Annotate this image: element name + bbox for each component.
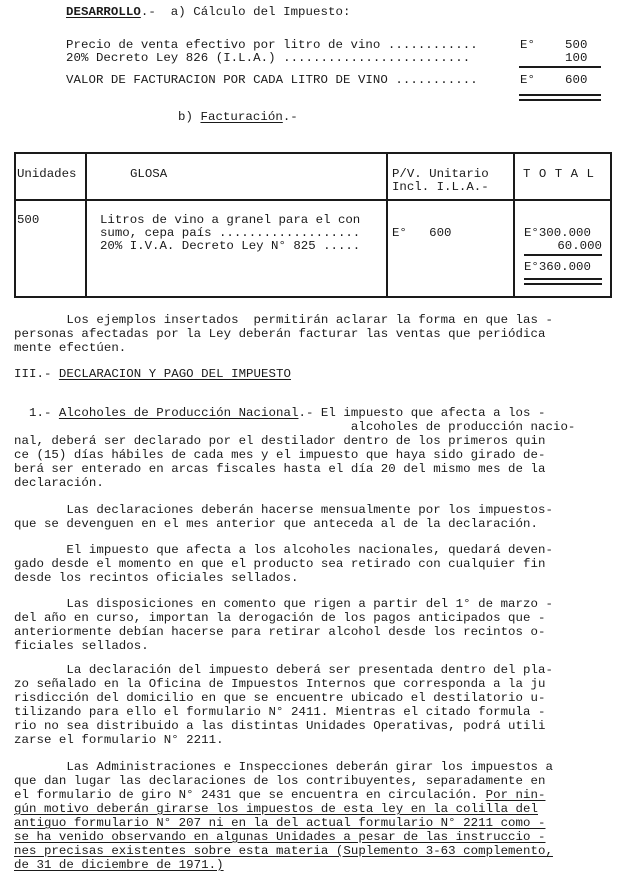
table-subtotal-rule bbox=[524, 254, 602, 256]
disposiciones-line-4: ficiales sellados. bbox=[14, 639, 149, 653]
impuesto-line-3: desde los recintos oficiales sellados. bbox=[14, 571, 298, 585]
desarrollo-heading: DESARROLLO.- a) Cálculo del Impuesto: bbox=[66, 5, 350, 19]
subtotal-rule bbox=[519, 66, 601, 68]
header-unidades: Unidades bbox=[17, 167, 77, 181]
impuesto-line-2: gado desde el momento en que el producto… bbox=[14, 557, 545, 571]
row-unidades: 500 bbox=[17, 213, 39, 227]
administraciones-line-2: que dan lugar las declaraciones de los c… bbox=[14, 774, 545, 788]
administraciones-underlined-5: de 31 de diciembre de 1971.) bbox=[14, 858, 224, 872]
header-total: T O T A L bbox=[523, 167, 594, 181]
row-glosa-line1: Litros de vino a granel para el con bbox=[100, 213, 360, 227]
ejemplos-line-1: Los ejemplos insertados permitirán aclar… bbox=[14, 313, 553, 327]
header-glosa: GLOSA bbox=[130, 167, 167, 181]
section-iii-title: DECLARACION Y PAGO DEL IMPUESTO bbox=[59, 367, 291, 381]
row-glosa-line3: 20% I.V.A. Decreto Ley N° 825 ..... bbox=[100, 239, 360, 253]
administraciones-underlined-start: Por nin- bbox=[486, 788, 546, 802]
administraciones-underlined-1: gún motivo deberán girarse los impuestos… bbox=[14, 802, 538, 816]
alcoholes-line-5: declaración. bbox=[14, 476, 104, 490]
ejemplos-line-2: personas afectadas por la Ley deberán fa… bbox=[14, 327, 545, 341]
alcoholes-title: Alcoholes de Producción Nacional bbox=[59, 406, 299, 420]
col-divider-3 bbox=[513, 154, 515, 296]
row-total-1: E°300.000 bbox=[524, 226, 591, 240]
declaracion-line-3: risdicción del domicilio en que se encue… bbox=[14, 691, 545, 705]
total-double-rule-bottom bbox=[519, 99, 601, 101]
administraciones-underlined-3: se ha venido observando en algunas Unida… bbox=[14, 830, 545, 844]
ejemplos-line-3: mente efectúen. bbox=[14, 341, 126, 355]
row-pv: E° 600 bbox=[392, 226, 452, 240]
disposiciones-line-3: anteriormente debían hacerse para retira… bbox=[14, 625, 545, 639]
header-divider bbox=[16, 199, 610, 201]
impuesto-line-1: El impuesto que afecta a los alcoholes n… bbox=[14, 543, 553, 557]
table-total-rule-bottom bbox=[524, 283, 602, 285]
declaracion-line-1: La declaración del impuesto deberá ser p… bbox=[14, 663, 553, 677]
calc-label-3: VALOR DE FACTURACION POR CADA LITRO DE V… bbox=[66, 73, 478, 87]
declaracion-line-4: tilizando para ello el formulario N° 241… bbox=[14, 705, 545, 719]
row-total-2: 60.000 bbox=[524, 239, 602, 253]
calc-amount-1: 500 bbox=[565, 38, 587, 52]
administraciones-underlined-4: nes precisas existentes sobre esta mater… bbox=[14, 844, 553, 858]
calc-amount-2: 100 bbox=[565, 51, 587, 65]
administraciones-line-3: el formulario de giro N° 2431 que se enc… bbox=[14, 788, 545, 802]
declaraciones-line-2: que se devenguen en el mes anterior que … bbox=[14, 517, 538, 531]
facturacion-heading: b) Facturación.- bbox=[178, 110, 298, 124]
disposiciones-line-2: del año en curso, importan la derogación… bbox=[14, 611, 545, 625]
alcoholes-line-2: nal, deberá ser declarado por el destila… bbox=[14, 434, 545, 448]
col-divider-2 bbox=[386, 154, 388, 296]
administraciones-line-3-plain: el formulario de giro N° 2431 que se enc… bbox=[14, 788, 486, 802]
header-pv-line1: P/V. Unitario bbox=[392, 167, 489, 181]
facturacion-prefix: b) bbox=[178, 110, 200, 124]
alcoholes-number: 1.- bbox=[14, 406, 59, 420]
section-iii-number: III.- bbox=[14, 367, 59, 381]
calc-currency-1: E° bbox=[520, 38, 535, 52]
calc-label-1: Precio de venta efectivo por litro de vi… bbox=[66, 38, 478, 52]
declaracion-line-2: zo señalado en la Oficina de Impuestos I… bbox=[14, 677, 545, 691]
row-glosa-line2: sumo, cepa país ................... bbox=[100, 226, 360, 240]
calc-label-2: 20% Decreto Ley 826 (I.L.A.) ...........… bbox=[66, 51, 470, 65]
facturacion-title: Facturación bbox=[200, 110, 282, 124]
desarrollo-suffix: .- a) Cálculo del Impuesto: bbox=[141, 5, 351, 19]
total-double-rule-top bbox=[519, 94, 601, 96]
declaraciones-line-1: Las declaraciones deberán hacerse mensua… bbox=[14, 503, 553, 517]
header-pv-line2: Incl. I.L.A.- bbox=[392, 180, 489, 194]
facturacion-suffix: .- bbox=[283, 110, 298, 124]
declaracion-line-5: rio no sea distribuido a las distintas U… bbox=[14, 719, 545, 733]
row-total-3: E°360.000 bbox=[524, 260, 591, 274]
table-total-rule-top bbox=[524, 278, 602, 280]
alcoholes-line-1: alcoholes de producción nacio- bbox=[14, 420, 575, 434]
declaracion-line-6: zarse el formulario N° 2211. bbox=[14, 733, 224, 747]
administraciones-underlined-2: antiguo formulario N° 207 ni en la del a… bbox=[14, 816, 545, 830]
alcoholes-title-suffix: .- El impuesto que afecta a los - bbox=[298, 406, 545, 420]
col-divider-1 bbox=[85, 154, 87, 296]
administraciones-line-1: Las Administraciones e Inspecciones debe… bbox=[14, 760, 553, 774]
facturacion-table: Unidades GLOSA P/V. Unitario Incl. I.L.A… bbox=[14, 152, 612, 298]
alcoholes-line-4: berá ser enterado en arcas fiscales hast… bbox=[14, 462, 545, 476]
section-iii-heading: III.- DECLARACION Y PAGO DEL IMPUESTO bbox=[14, 367, 291, 381]
disposiciones-line-1: Las disposiciones en comento que rigen a… bbox=[14, 597, 553, 611]
desarrollo-label: DESARROLLO bbox=[66, 5, 141, 19]
alcoholes-heading: 1.- Alcoholes de Producción Nacional.- E… bbox=[14, 406, 546, 420]
alcoholes-line-3: ce (15) días hábiles de cada mes y el im… bbox=[14, 448, 545, 462]
calc-currency-3: E° bbox=[520, 73, 535, 87]
calc-amount-3: 600 bbox=[565, 73, 587, 87]
